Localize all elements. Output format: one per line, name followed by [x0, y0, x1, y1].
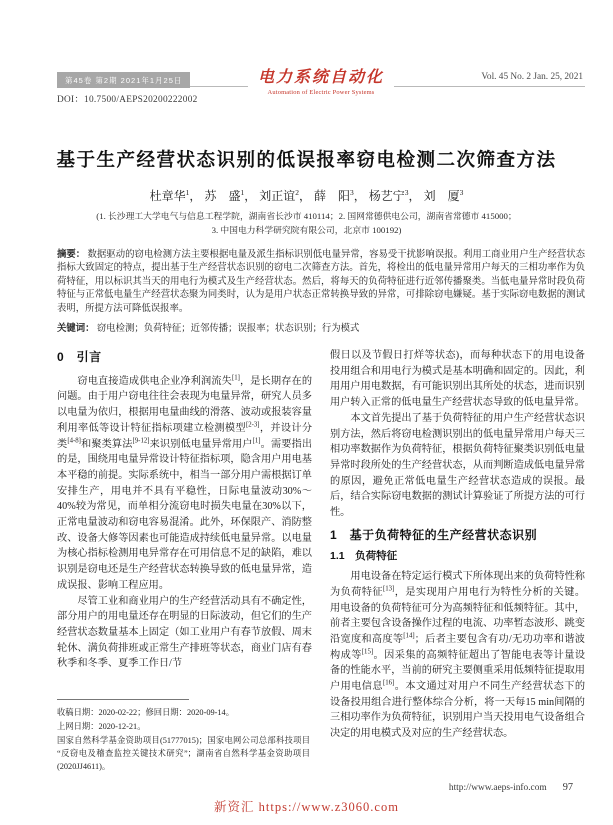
abstract: 摘要： 数据驱动的窃电检测方法主要根据电量及派生指标识别低电量异常，容易受干扰影…: [57, 247, 585, 316]
keywords: 关键词： 窃电检测；负荷特征；近邻传播；误报率；状态识别；行为模式: [57, 321, 585, 336]
online-date: 上网日期：2020-12-21。: [57, 721, 310, 734]
affiliation-line: (1. 长沙理工大学电气与信息工程学院，湖南省长沙市 410114；2. 国网常…: [30, 210, 583, 224]
doi-text: DOI：10.7500/AEPS20200222002: [57, 91, 198, 105]
keywords-label: 关键词：: [57, 322, 95, 333]
journal-logo: 电力系统自动化 Automation of Electric Power Sys…: [248, 64, 394, 96]
watermark-text: 新资汇 https://www.z3060.com: [0, 797, 613, 815]
author: 刘 厦3: [424, 189, 464, 203]
section-heading-1-1: 1.1 负荷特征: [330, 549, 585, 565]
affiliations: (1. 长沙理工大学电气与信息工程学院，湖南省长沙市 410114；2. 国网常…: [30, 210, 583, 237]
paragraph: 窃电直接造成供电企业净利润流失[1]，是长期存在的问题。由于用户窃电往往会表现为…: [57, 374, 312, 594]
author: 薛 阳3: [314, 189, 366, 203]
journal-name-en: Automation of Electric Power Systems: [258, 89, 384, 96]
author-line: 杜章华1 苏 盛1 刘正谊2 薛 阳3 杨艺宁3 刘 厦3: [0, 187, 613, 204]
footer: http://www.aeps-info.com97: [449, 782, 573, 793]
issue-info-badge: 第45卷 第2期 2021年1月25日: [57, 72, 190, 88]
paper-page: 第45卷 第2期 2021年1月25日 DOI：10.7500/AEPS2020…: [0, 0, 613, 825]
paragraph: 用电设备在特定运行模式下所体现出来的负荷特性称为负荷特征[13]，是实现用户用电…: [330, 569, 585, 742]
keywords-text: 窃电检测；负荷特征；近邻传播；误报率；状态识别；行为模式: [97, 324, 360, 334]
author: 杨艺宁3: [369, 189, 421, 203]
footnote-divider: [57, 699, 189, 700]
abstract-section: 摘要： 数据驱动的窃电检测方法主要根据电量及派生指标识别低电量异常，容易受干扰影…: [57, 247, 585, 336]
funding-note: 国家自然科学基金资助项目(51777015)；国家电网公司总部科技项目“反窃电及…: [57, 735, 310, 774]
paragraph: 假日以及节假日打烊等状态)，而每种状态下的用电设备投用组合和用电行为模式是基本明…: [330, 348, 585, 411]
section-heading-intro: 0 引言: [57, 350, 312, 366]
page-title: 基于生产经营状态识别的低误报率窃电检测二次筛查方法: [30, 146, 583, 172]
page-number: 97: [563, 782, 573, 793]
paragraph: 本文首先提出了基于负荷特征的用户生产经营状态识别方法，然后将窃电检测识别出的低电…: [330, 411, 585, 521]
author: 苏 盛1: [204, 189, 256, 203]
author: 刘正谊2: [259, 189, 311, 203]
left-column: 0 引言 窃电直接造成供电企业净利润流失[1]，是长期存在的问题。由于用户窃电往…: [57, 348, 312, 698]
journal-name-cn: 电力系统自动化: [258, 64, 384, 87]
received-date: 收稿日期：2020-02-22；修回日期：2020-09-14。: [57, 707, 310, 720]
footnote-block: 收稿日期：2020-02-22；修回日期：2020-09-14。 上网日期：20…: [57, 699, 310, 775]
author: 杜章华1: [150, 189, 202, 203]
section-heading-1: 1 基于负荷特征的生产经营状态识别: [330, 528, 585, 544]
journal-url: http://www.aeps-info.com: [449, 783, 547, 793]
paragraph: 尽管工业和商业用户的生产经营活动具有不确定性，部分用户的用电量还存在明显的日际波…: [57, 594, 312, 673]
abstract-text: 数据驱动的窃电检测方法主要根据电量及派生指标识别低电量异常，容易受干扰影响误报。…: [57, 250, 585, 314]
right-column: 假日以及节假日打烊等状态)，而每种状态下的用电设备投用组合和用电行为模式是基本明…: [330, 348, 585, 796]
abstract-label: 摘要：: [57, 248, 85, 259]
affiliation-line: 3. 中国电力科学研究院有限公司，北京市 100192): [30, 224, 583, 238]
volume-info: Vol. 45 No. 2 Jan. 25, 2021: [481, 72, 583, 82]
journal-header: 第45卷 第2期 2021年1月25日 DOI：10.7500/AEPS2020…: [57, 64, 585, 108]
